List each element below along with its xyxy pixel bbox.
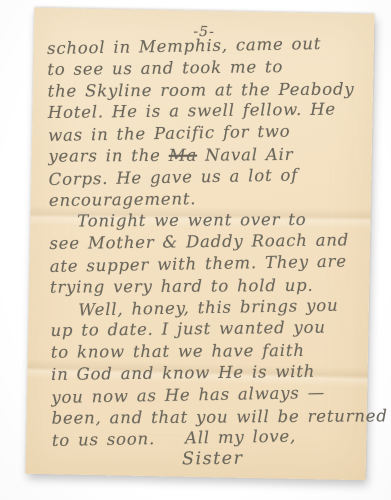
signature: Sister <box>52 447 377 473</box>
letter-line-text: Corps. He gave us a lot of <box>49 165 299 189</box>
letter-line-text: years in the <box>48 146 168 166</box>
letter-line-text: see Mother & Daddy Roach and <box>49 231 349 254</box>
letter-photo: -5- school in Memphis, came outto see us… <box>0 0 391 500</box>
letter-line-text: up to date. I just wanted you <box>50 318 325 340</box>
letter-line-text: Tonight we went over to <box>77 210 306 231</box>
letter-lines: school in Memphis, came outto see us and… <box>47 33 377 473</box>
letter-line: encouragement. <box>49 186 374 212</box>
letter-line: to see us and took me to <box>47 55 372 81</box>
letter-line: ate supper with them. They are <box>50 250 375 278</box>
letter-line-text: school in Memphis, came out <box>47 34 321 58</box>
letter-line-text: you now as He has always — <box>51 383 325 407</box>
letter-page: -5- school in Memphis, came outto see us… <box>26 8 375 480</box>
letter-line-text: Naval Air <box>197 145 293 165</box>
letter-line-text: trying very hard to hold up. <box>50 276 314 297</box>
letter-closing: All my love, <box>185 427 296 448</box>
letter-line-text: in God and know He is with <box>51 362 315 384</box>
letter-line-text: to know that we have faith <box>51 341 305 362</box>
letter-line: up to date. I just wanted you <box>50 316 375 342</box>
letter-line-text: the Skyline room at the Peabody <box>48 79 355 100</box>
letter-line-text: to see us and took me to <box>47 57 283 79</box>
letter-line-text: Hotel. He is a swell fellow. He <box>48 100 336 123</box>
letter-line-text: Well, honey, this brings you <box>78 295 338 319</box>
letter-line-text: ate supper with them. They are <box>50 252 347 276</box>
letter-line-text: was in the Pacific for two <box>48 122 291 145</box>
letter-line-text: encouragement. <box>49 189 197 210</box>
letter-line-text: to us soon. <box>52 429 155 450</box>
struck-word: Ma <box>169 146 197 165</box>
